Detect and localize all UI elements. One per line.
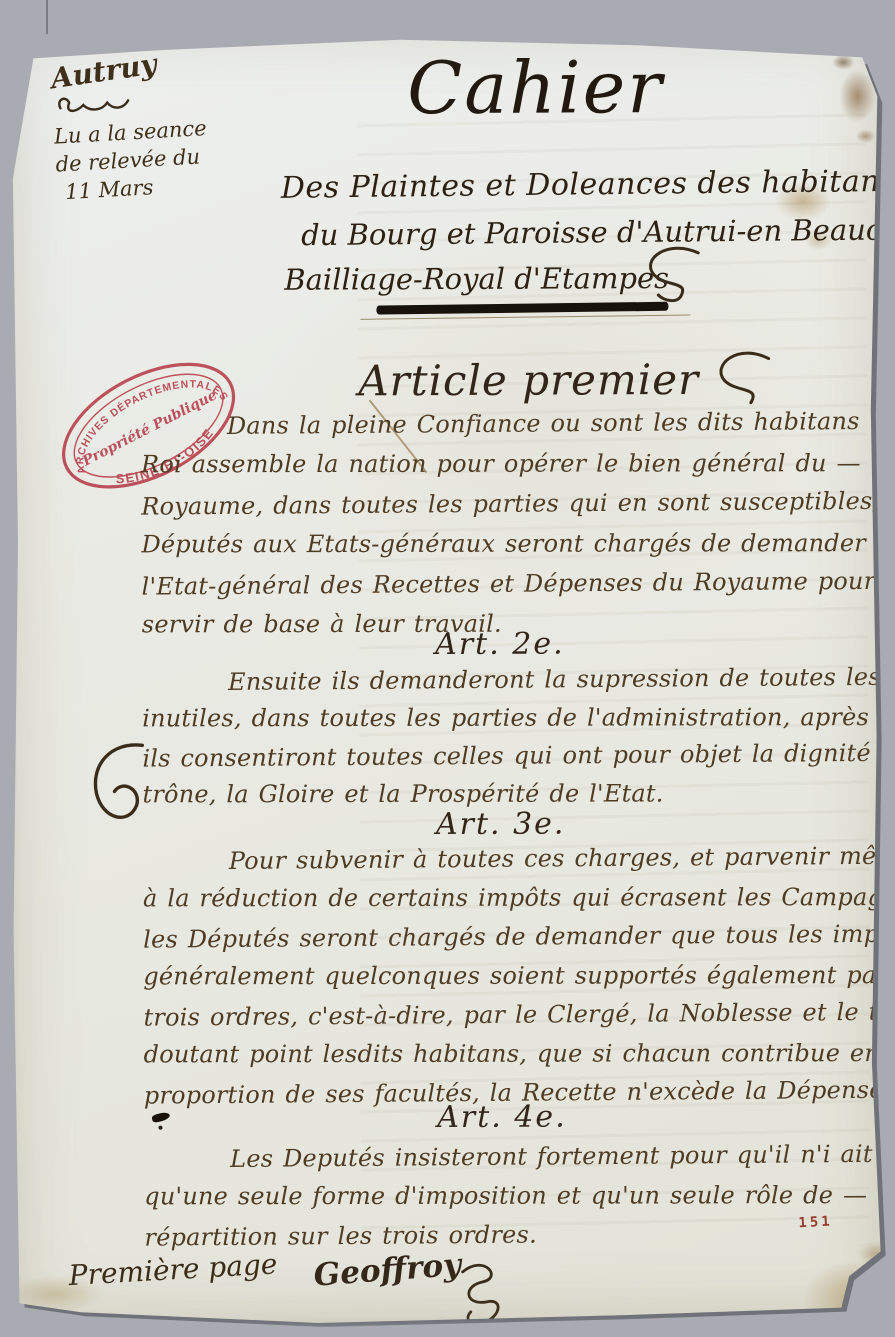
margin-annotations: Autruy Lu a la seance de relevée du 11 M… [49,47,210,206]
scan-background: Autruy Lu a la seance de relevée du 11 M… [0,0,895,1337]
manuscript-line: Les Deputés insisteront fortement pour q… [144,1135,884,1180]
flourish-swash [634,245,706,303]
flourish-squiggle [54,90,133,120]
manuscript-line: trois ordres, c'est-à-dire, par le Clerg… [143,993,883,1038]
title-divider-rule [376,302,668,315]
article-paragraph: Ensuite ils demanderont la supression de… [142,659,883,814]
manuscript-line: Royaume, dans toutes les parties qui en … [141,481,881,527]
document-subtitle-line: Des Plaintes et Doleances des habitans [281,164,881,206]
footer-annotation: Première page Geoffroy [69,1252,512,1332]
manuscript-line: les Députés seront chargés de demander q… [143,915,883,960]
article-paragraph: Les Deputés insisteront fortement pour q… [144,1136,885,1256]
red-page-number-mark: 151 [798,1213,833,1231]
manuscript-line: à la réduction de certains impôts qui éc… [143,878,883,918]
title-divider-hairline [360,314,690,319]
article-heading: Art. 3e. [241,806,761,843]
signature: Geoffroy [312,1247,462,1294]
manuscript-line: Pour subvenir à toutes ces charges, et p… [143,837,883,882]
manuscript-line: généralement quelconques soient supporté… [143,956,883,996]
manuscript-line: Ensuite ils demanderont la supression de… [142,658,882,702]
manuscript-page: Autruy Lu a la seance de relevée du 11 M… [5,18,889,1327]
manuscript-line: inutiles, dans toutes les parties de l'a… [142,698,882,737]
article-paragraph: Pour subvenir à toutes ces charges, et p… [143,838,884,1114]
footer-note: Première page [68,1247,278,1292]
article-heading: Art. 4e. [242,1099,762,1136]
manuscript-line: ils consentiront toutes celles qui ont p… [142,734,882,778]
scan-artifact-thread [46,0,48,34]
flourish-paraph [84,739,148,835]
manuscript-line: Roi assemble la nation pour opérer le bi… [141,443,881,484]
document-title: Cahier [255,44,815,130]
document-subtitle-line: du Bourg et Paroisse d'Autrui-en Beauce. [301,213,881,253]
manuscript-line: l'Etat-général des Recettes et Dépenses … [141,561,881,607]
article-paragraph: Dans la pleine Confiance ou sont les dit… [141,402,882,645]
manuscript-line: Députés aux Etats-généraux seront chargé… [141,523,881,564]
manuscript-line: qu'une seule forme d'imposition et qu'un… [144,1176,884,1216]
manuscript-line: doutant point lesdits habitans, que si c… [144,1034,884,1074]
article-heading: Art. 2e. [240,626,760,663]
flourish-swash [707,349,777,409]
margin-place-name: Autruy [49,41,205,96]
manuscript-line: Dans la pleine Confiance ou sont les dit… [141,401,881,447]
